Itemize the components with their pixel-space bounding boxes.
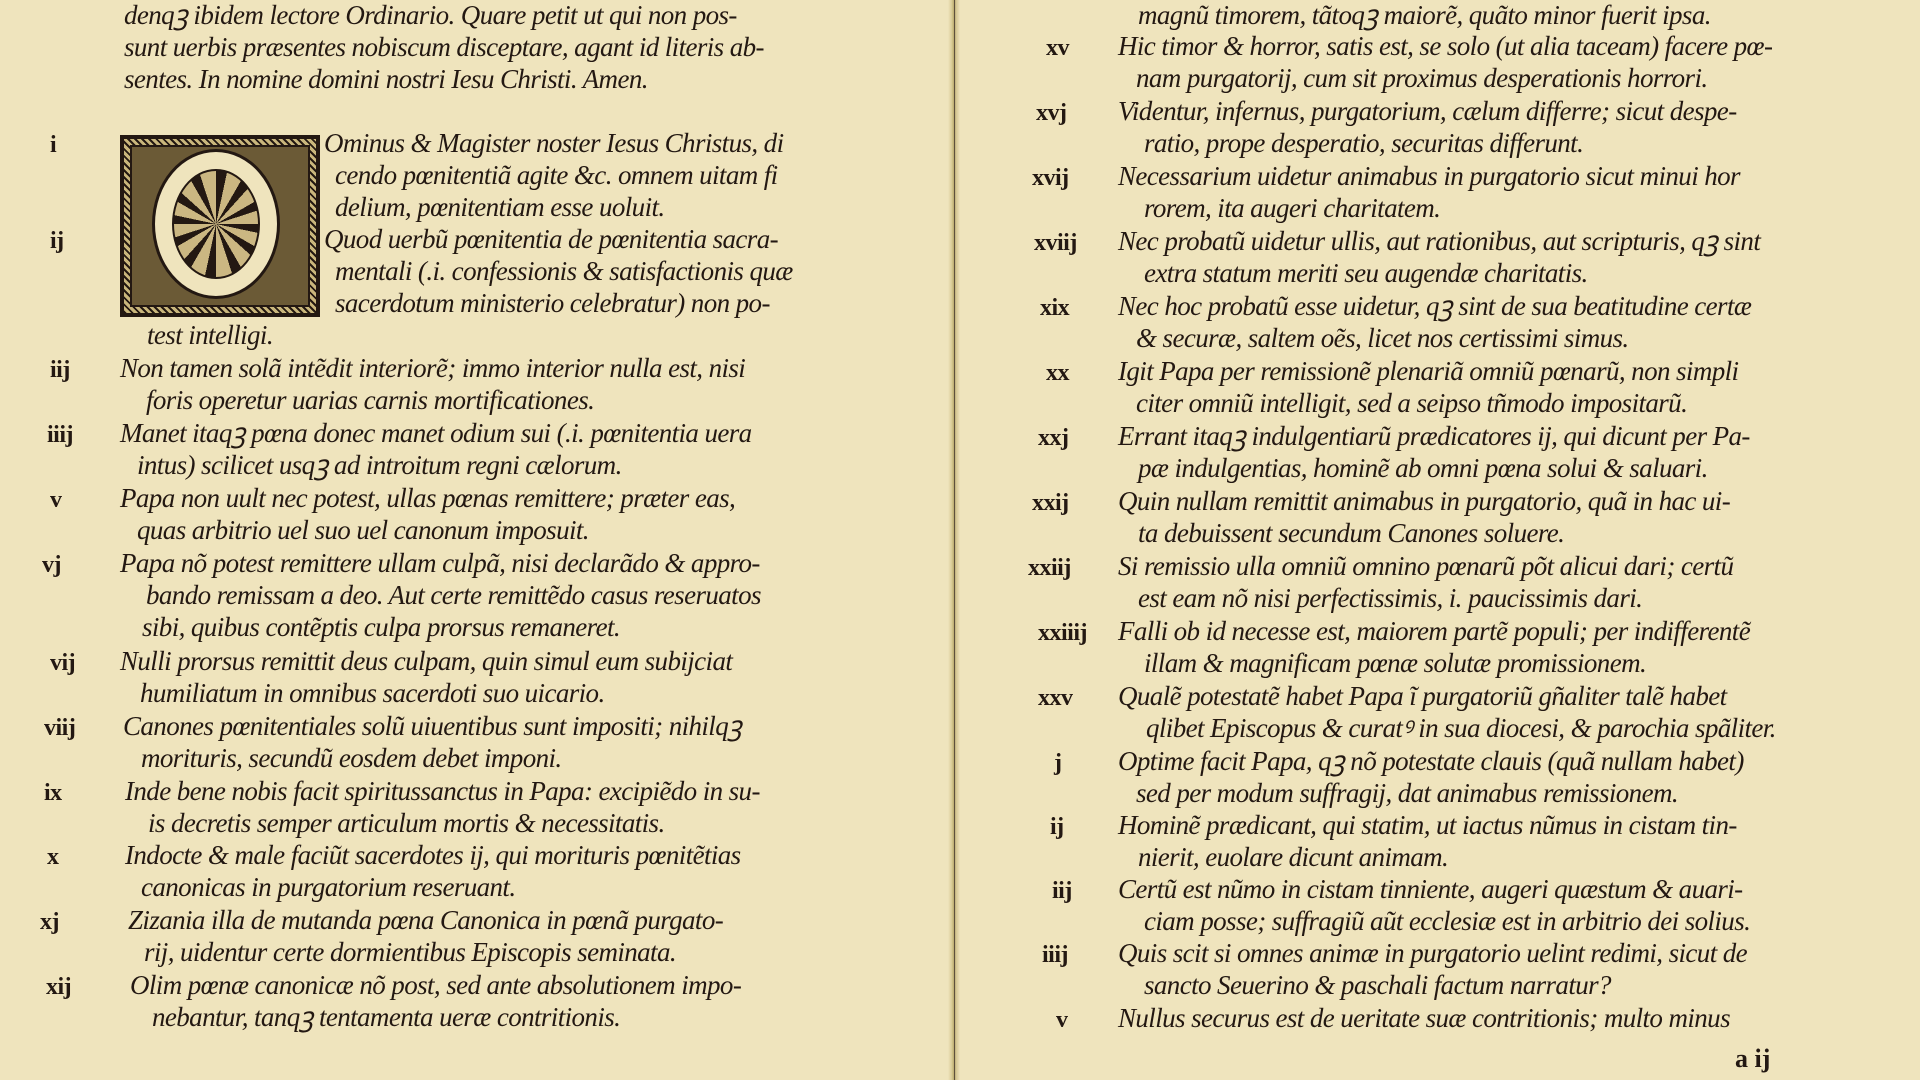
thesis-line: morituris, secundũ eosdem debet imponi. [141,743,562,773]
thesis-line: Indocte & male faciũt sacerdotes ij, qui… [125,840,741,870]
thesis-line: sancto Seuerino & paschali factum narrat… [1144,970,1611,1000]
thesis-line: canonicas in purgatorium reseruant. [141,872,515,902]
thesis-line: sacerdotum ministerio celebratur) non po… [335,288,770,318]
thesis-line: Non tamen solã intẽdit interiorẽ; immo i… [120,353,745,383]
thesis-line: Optime facit Papa, qꝫ nõ potestate claui… [1118,746,1744,776]
thesis-line: ratio, prope desperatio, securitas diffe… [1144,128,1583,158]
thesis-line: ciam posse; suffragiũ aũt ecclesiæ est i… [1144,906,1750,936]
thesis-line: citer omniũ intelligit, sed a seipso tñm… [1136,388,1687,418]
thesis-line: Si remissio ulla omniũ omnino pœnarũ põt… [1118,551,1733,581]
thesis-numeral: ix [44,778,62,808]
thesis-line: Quod uerbũ pœnitentia de pœnitentia sacr… [324,224,778,254]
thesis-numeral: xxiij [1028,553,1071,583]
thesis-numeral: xxij [1032,488,1069,518]
thesis-line: Inde bene nobis facit spiritussanctus in… [125,776,760,806]
right-page: magnũ timorem, tãtoqꝫ maiorẽ, quãto mino… [958,0,1920,1080]
thesis-numeral: v [50,485,62,515]
signature-mark: a ij [1735,1044,1770,1074]
thesis-line: nierit, euolare dicunt animam. [1138,842,1448,872]
thesis-numeral: xviij [1034,228,1077,258]
thesis-line: foris operetur uarias carnis mortificati… [146,385,594,415]
intro-line: denqꝫ ibidem lectore Ordinario. Quare pe… [124,0,737,30]
thesis-line: cendo pœnitentiã agite &c. omnem uitam f… [335,160,778,190]
intro-line: sentes. In nomine domini nostri Iesu Chr… [124,64,648,94]
thesis-line: Certũ est nũmo in cistam tinniente, auge… [1118,874,1743,904]
carry-over-line: magnũ timorem, tãtoqꝫ maiorẽ, quãto mino… [1138,0,1711,30]
thesis-line: nam purgatorij, cum sit proximus despera… [1136,63,1708,93]
thesis-numeral: x [47,842,59,872]
thesis-line: Nec probatũ uidetur ullis, aut rationibu… [1118,226,1760,256]
thesis-numeral: xxv [1038,683,1073,713]
thesis-line: pæ indulgentias, hominẽ ab omni pœna sol… [1138,453,1708,483]
thesis-numeral: xxiiij [1038,618,1087,648]
thesis-line: Falli ob id necesse est, maiorem partẽ p… [1118,616,1750,646]
thesis-numeral: xx [1046,358,1069,388]
thesis-line: Nullus securus est de ueritate suæ contr… [1118,1003,1730,1033]
thesis-line: rorem, ita augeri charitatem. [1144,193,1440,223]
thesis-line: Olim pœnæ canonicæ nõ post, sed ante abs… [130,970,741,1000]
thesis-numeral: iiij [1042,940,1068,970]
thesis-line: Videntur, infernus, purgatorium, cælum d… [1118,96,1737,126]
thesis-numeral: xvj [1036,98,1067,128]
thesis-numeral: xv [1046,33,1069,63]
thesis-numeral: iij [50,355,70,385]
thesis-numeral: vij [50,648,75,678]
thesis-line: Necessarium uidetur animabus in purgator… [1118,161,1740,191]
thesis-line: bando remissam a deo. Aut certe remittẽd… [146,580,761,610]
thesis-numeral: viij [44,713,75,743]
thesis-line: sibi, quibus contẽptis culpa prorsus rem… [142,612,620,642]
thesis-numeral: i [50,130,56,160]
thesis-numeral: j [1054,748,1062,778]
thesis-line: quas arbitrio uel suo uel canonum imposu… [137,515,589,545]
thesis-line: extra statum meriti seu augendæ charitat… [1144,258,1588,288]
thesis-line: rij, uidentur certe dormientibus Episcop… [144,937,676,967]
thesis-line: delium, pœnitentiam esse uoluit. [335,192,665,222]
rosette-ornament-icon [172,169,260,279]
thesis-line: Canones pœnitentiales solũ uiuentibus su… [123,711,741,741]
thesis-line: Ominus & Magister noster Iesus Christus,… [324,128,783,158]
thesis-numeral: vj [42,550,61,580]
thesis-line: Zizania illa de mutanda pœna Canonica in… [128,905,723,935]
thesis-numeral: xix [1040,293,1069,323]
left-page: denqꝫ ibidem lectore Ordinario. Quare pe… [0,0,950,1080]
thesis-line: Errant itaqꝫ indulgentiarũ prædicatores … [1118,421,1750,451]
thesis-line: Nec hoc probatũ esse uidetur, qꝫ sint de… [1118,291,1751,321]
thesis-line: humiliatum in omnibus sacerdoti suo uica… [140,678,605,708]
thesis-numeral: xij [46,972,71,1002]
thesis-line: Papa nõ potest remittere ullam culpã, ni… [120,548,760,578]
thesis-numeral: ij [1050,812,1064,842]
intro-line: sunt uerbis præsentes nobiscum disceptar… [124,32,764,62]
thesis-line: Quin nullam remittit animabus in purgato… [1118,486,1730,516]
thesis-line: Igit Papa per remissionẽ plenariã omniũ … [1118,356,1738,386]
thesis-line: is decretis semper articulum mortis & ne… [148,808,665,838]
thesis-line: qlibet Episcopus & curatꝰ in sua diocesi… [1146,713,1776,743]
thesis-numeral: xxj [1038,423,1069,453]
thesis-line: ta debuissent secundum Canones soluere. [1138,518,1564,548]
thesis-line: nebantur, tanqꝫ tentamenta ueræ contriti… [152,1002,620,1032]
thesis-line: mentali (.i. confessionis & satisfaction… [335,256,793,286]
thesis-line: Quis scit si omnes animæ in purgatorio u… [1118,938,1747,968]
thesis-line: test intelligi. [147,320,273,350]
thesis-line: Papa non uult nec potest, ullas pœnas re… [120,483,735,513]
thesis-line: intus) scilicet usqꝫ ad introitum regni … [137,450,622,480]
thesis-line: illam & magnificam pœnæ solutæ promissio… [1144,648,1646,678]
thesis-line: Hic timor & horror, satis est, se solo (… [1118,31,1772,61]
thesis-line: sed per modum suffragij, dat animabus re… [1136,778,1678,808]
decorated-initial-d [120,135,320,317]
thesis-line: est eam nõ nisi perfectissimis, i. pauci… [1138,583,1642,613]
thesis-numeral: iiij [47,420,73,450]
thesis-line: Nulli prorsus remittit deus culpam, quin… [120,646,732,676]
thesis-line: Qualẽ potestatẽ habet Papa ĩ purgatoriũ … [1118,681,1727,711]
thesis-numeral: iij [1052,876,1072,906]
thesis-numeral: xj [40,907,59,937]
thesis-numeral: xvij [1032,163,1069,193]
thesis-numeral: v [1056,1005,1068,1035]
thesis-line: Manet itaqꝫ pœna donec manet odium sui (… [120,418,752,448]
thesis-numeral: ij [50,226,64,256]
thesis-line: Hominẽ prædicant, qui statim, ut iactus … [1118,810,1737,840]
thesis-line: & securæ, saltem oẽs, licet nos certissi… [1136,323,1629,353]
